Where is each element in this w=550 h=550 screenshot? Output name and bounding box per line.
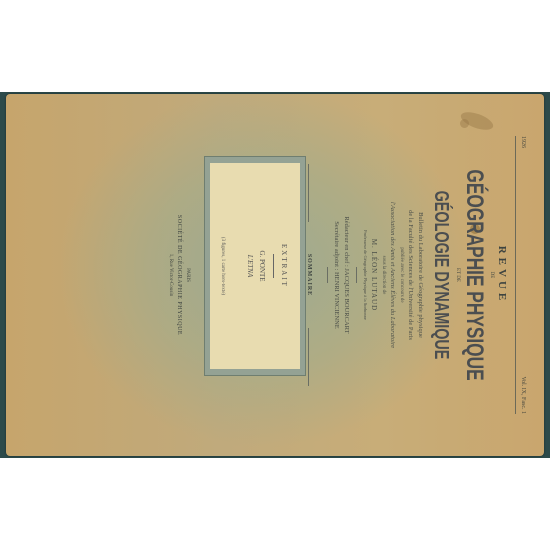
- label-details: (3 figures, 1 carte hors-texte): [220, 163, 225, 369]
- description-line: de la Faculté des Sciences de l'Universi…: [407, 94, 414, 456]
- editor-in-chief: Rédacteur en chef : JACQUES BOURCART: [343, 94, 350, 456]
- sommaire-rule-right: [308, 328, 309, 386]
- year-text: 1926: [520, 136, 526, 148]
- label-rule: [273, 254, 274, 278]
- label-heading: EXTRAIT: [280, 163, 288, 369]
- label-author: G. PONTE: [258, 163, 266, 369]
- pasted-label: EXTRAIT G. PONTE L'ETNA (3 figures, 1 ca…: [204, 156, 306, 376]
- document-photo: 1926 Vol. IX, Fasc. 1 REVUE DE GÉOGRAPHI…: [0, 92, 550, 458]
- title-de: DE: [489, 94, 494, 456]
- journal-cover: 1926 Vol. IX, Fasc. 1 REVUE DE GÉOGRAPHI…: [6, 94, 544, 456]
- divider: [327, 267, 328, 283]
- label-title: L'ETNA: [246, 163, 254, 369]
- assistant-secretary: Secrétaire adjoint : HENRI VINCIENNE: [333, 94, 340, 456]
- sommaire-heading: SOMMAIRE: [306, 94, 312, 456]
- director-title: Professeur de Géographie Physique à la S…: [363, 94, 368, 456]
- description-line: Bulletin du Laboratoire de Géographie ph…: [417, 94, 424, 456]
- director-name: M. LÉON LUTAUD: [370, 94, 378, 456]
- title-line-2: GÉOLOGIE DYNAMIQUE: [429, 145, 452, 406]
- title-et-de: ET DE: [455, 94, 460, 456]
- title-line-1: GÉOGRAPHIE PHYSIQUE: [460, 145, 488, 406]
- header-rule: [515, 136, 516, 414]
- description-line: sous la direction de: [381, 94, 386, 456]
- publisher-name: SOCIÉTÉ DE GÉOGRAPHIE PHYSIQUE: [176, 94, 182, 456]
- publisher-city: PARIS: [185, 94, 190, 456]
- divider: [356, 267, 357, 283]
- stain-mark: [460, 119, 469, 128]
- header-meta: 1926 Vol. IX, Fasc. 1: [520, 136, 526, 414]
- volume-text: Vol. IX, Fasc. 1: [520, 376, 526, 414]
- description-line: l'Association des Amis et Anciens Élèves…: [389, 94, 396, 456]
- publisher-address: 1, Rue Victor-Cousin: [168, 94, 173, 456]
- description-line: publiée avec le concours de: [399, 94, 404, 456]
- label-paper: EXTRAIT G. PONTE L'ETNA (3 figures, 1 ca…: [210, 163, 300, 369]
- title-revue: REVUE: [496, 94, 508, 456]
